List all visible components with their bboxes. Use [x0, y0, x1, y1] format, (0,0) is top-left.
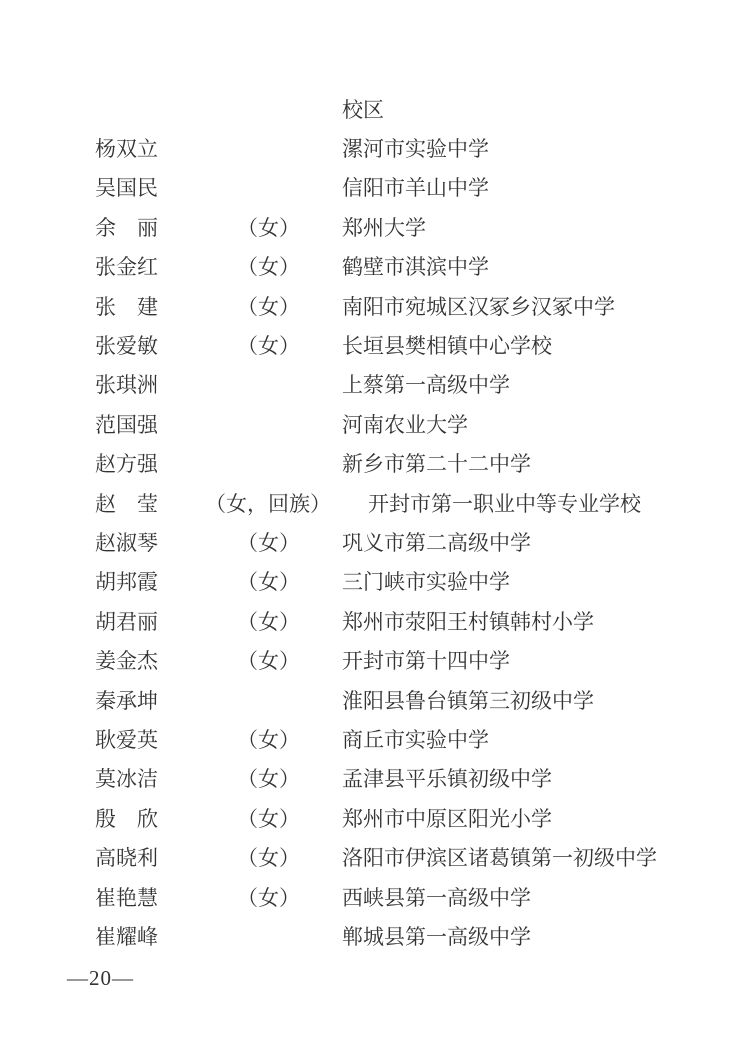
- table-row: 张爱敏 （女） 长垣县樊相镇中心学校: [0, 325, 750, 364]
- table-row: 崔艳慧 （女） 西峡县第一高级中学: [0, 877, 750, 916]
- table-row: 姜金杰 （女） 开封市第十四中学: [0, 640, 750, 679]
- person-name: 范国强: [95, 409, 158, 439]
- document-page: 校区 杨双立 漯河市实验中学 吴国民 信阳市羊山中学 余 丽 （女） 郑州大学 …: [0, 0, 750, 1060]
- gender-annotation: （女）: [237, 882, 300, 912]
- school-name: 信阳市羊山中学: [342, 172, 489, 202]
- school-name: 巩义市第二高级中学: [342, 527, 531, 557]
- table-row: 范国强 河南农业大学: [0, 404, 750, 443]
- gender-annotation: （女）: [237, 803, 300, 833]
- gender-annotation: （女）: [237, 724, 300, 754]
- person-name: 胡邦霞: [95, 566, 158, 596]
- continuation-row: 校区: [0, 89, 750, 128]
- person-name: 张 建: [95, 291, 158, 321]
- person-name: 杨双立: [95, 133, 158, 163]
- table-row: 高晓利 （女） 洛阳市伊滨区诸葛镇第一初级中学: [0, 837, 750, 876]
- table-row: 张 建 （女） 南阳市宛城区汉冢乡汉冢中学: [0, 286, 750, 325]
- gender-annotation: （女）: [237, 566, 300, 596]
- roster-list: 校区 杨双立 漯河市实验中学 吴国民 信阳市羊山中学 余 丽 （女） 郑州大学 …: [0, 89, 750, 956]
- school-name: 新乡市第二十二中学: [342, 448, 531, 478]
- person-name: 张琪洲: [95, 369, 158, 399]
- school-name: 郸城县第一高级中学: [342, 921, 531, 951]
- school-name: 郑州市荥阳王村镇韩村小学: [342, 606, 594, 636]
- gender-annotation: （女）: [237, 212, 300, 242]
- school-name: 淮阳县鲁台镇第三初级中学: [342, 685, 594, 715]
- table-row: 张金红 （女） 鹤壁市淇滨中学: [0, 247, 750, 286]
- school-name: 长垣县樊相镇中心学校: [342, 330, 552, 360]
- school-name: 郑州市中原区阳光小学: [342, 803, 552, 833]
- person-name: 胡君丽: [95, 606, 158, 636]
- gender-ethnicity-annotation: （女，回族）: [205, 488, 331, 518]
- table-row: 赵淑琴 （女） 巩义市第二高级中学: [0, 522, 750, 561]
- table-row: 赵方强 新乡市第二十二中学: [0, 444, 750, 483]
- person-name: 莫冰洁: [95, 763, 158, 793]
- school-name: 漯河市实验中学: [342, 133, 489, 163]
- school-name: 南阳市宛城区汉冢乡汉冢中学: [342, 291, 615, 321]
- person-name: 高晓利: [95, 842, 158, 872]
- person-name: 赵 莹: [95, 488, 158, 518]
- school-name: 洛阳市伊滨区诸葛镇第一初级中学: [342, 842, 657, 872]
- gender-annotation: （女）: [237, 251, 300, 281]
- table-row: 张琪洲 上蔡第一高级中学: [0, 365, 750, 404]
- school-name: 上蔡第一高级中学: [342, 369, 510, 399]
- table-row: 余 丽 （女） 郑州大学: [0, 207, 750, 246]
- person-name: 赵淑琴: [95, 527, 158, 557]
- table-row: 胡君丽 （女） 郑州市荥阳王村镇韩村小学: [0, 601, 750, 640]
- gender-annotation: （女）: [237, 645, 300, 675]
- gender-annotation: （女）: [237, 763, 300, 793]
- school-name: 孟津县平乐镇初级中学: [342, 763, 552, 793]
- school-name: 开封市第十四中学: [342, 645, 510, 675]
- gender-annotation: （女）: [237, 606, 300, 636]
- school-name-continuation: 校区: [342, 94, 384, 124]
- school-name: 三门峡市实验中学: [342, 566, 510, 596]
- table-row: 耿爱英 （女） 商丘市实验中学: [0, 719, 750, 758]
- person-name: 耿爱英: [95, 724, 158, 754]
- person-name: 张金红: [95, 251, 158, 281]
- page-number: —20—: [67, 966, 134, 991]
- school-name: 西峡县第一高级中学: [342, 882, 531, 912]
- person-name: 秦承坤: [95, 685, 158, 715]
- person-name: 姜金杰: [95, 645, 158, 675]
- school-name: 商丘市实验中学: [342, 724, 489, 754]
- person-name: 吴国民: [95, 172, 158, 202]
- table-row: 崔耀峰 郸城县第一高级中学: [0, 916, 750, 955]
- person-name: 赵方强: [95, 448, 158, 478]
- table-row: 秦承坤 淮阳县鲁台镇第三初级中学: [0, 680, 750, 719]
- person-name: 崔耀峰: [95, 921, 158, 951]
- gender-annotation: （女）: [237, 527, 300, 557]
- table-row: 殷 欣 （女） 郑州市中原区阳光小学: [0, 798, 750, 837]
- person-name: 殷 欣: [95, 803, 158, 833]
- table-row: 莫冰洁 （女） 孟津县平乐镇初级中学: [0, 759, 750, 798]
- table-row: 胡邦霞 （女） 三门峡市实验中学: [0, 562, 750, 601]
- person-name: 张爱敏: [95, 330, 158, 360]
- person-name: 崔艳慧: [95, 882, 158, 912]
- table-row: 赵 莹 （女，回族） 开封市第一职业中等专业学校: [0, 483, 750, 522]
- person-name: 余 丽: [95, 212, 158, 242]
- school-name: 郑州大学: [342, 212, 426, 242]
- gender-annotation: （女）: [237, 291, 300, 321]
- school-name: 鹤壁市淇滨中学: [342, 251, 489, 281]
- gender-annotation: （女）: [237, 842, 300, 872]
- table-row: 吴国民 信阳市羊山中学: [0, 168, 750, 207]
- table-row: 杨双立 漯河市实验中学: [0, 128, 750, 167]
- school-name: 河南农业大学: [342, 409, 468, 439]
- gender-annotation: （女）: [237, 330, 300, 360]
- school-name: 开封市第一职业中等专业学校: [368, 488, 641, 518]
